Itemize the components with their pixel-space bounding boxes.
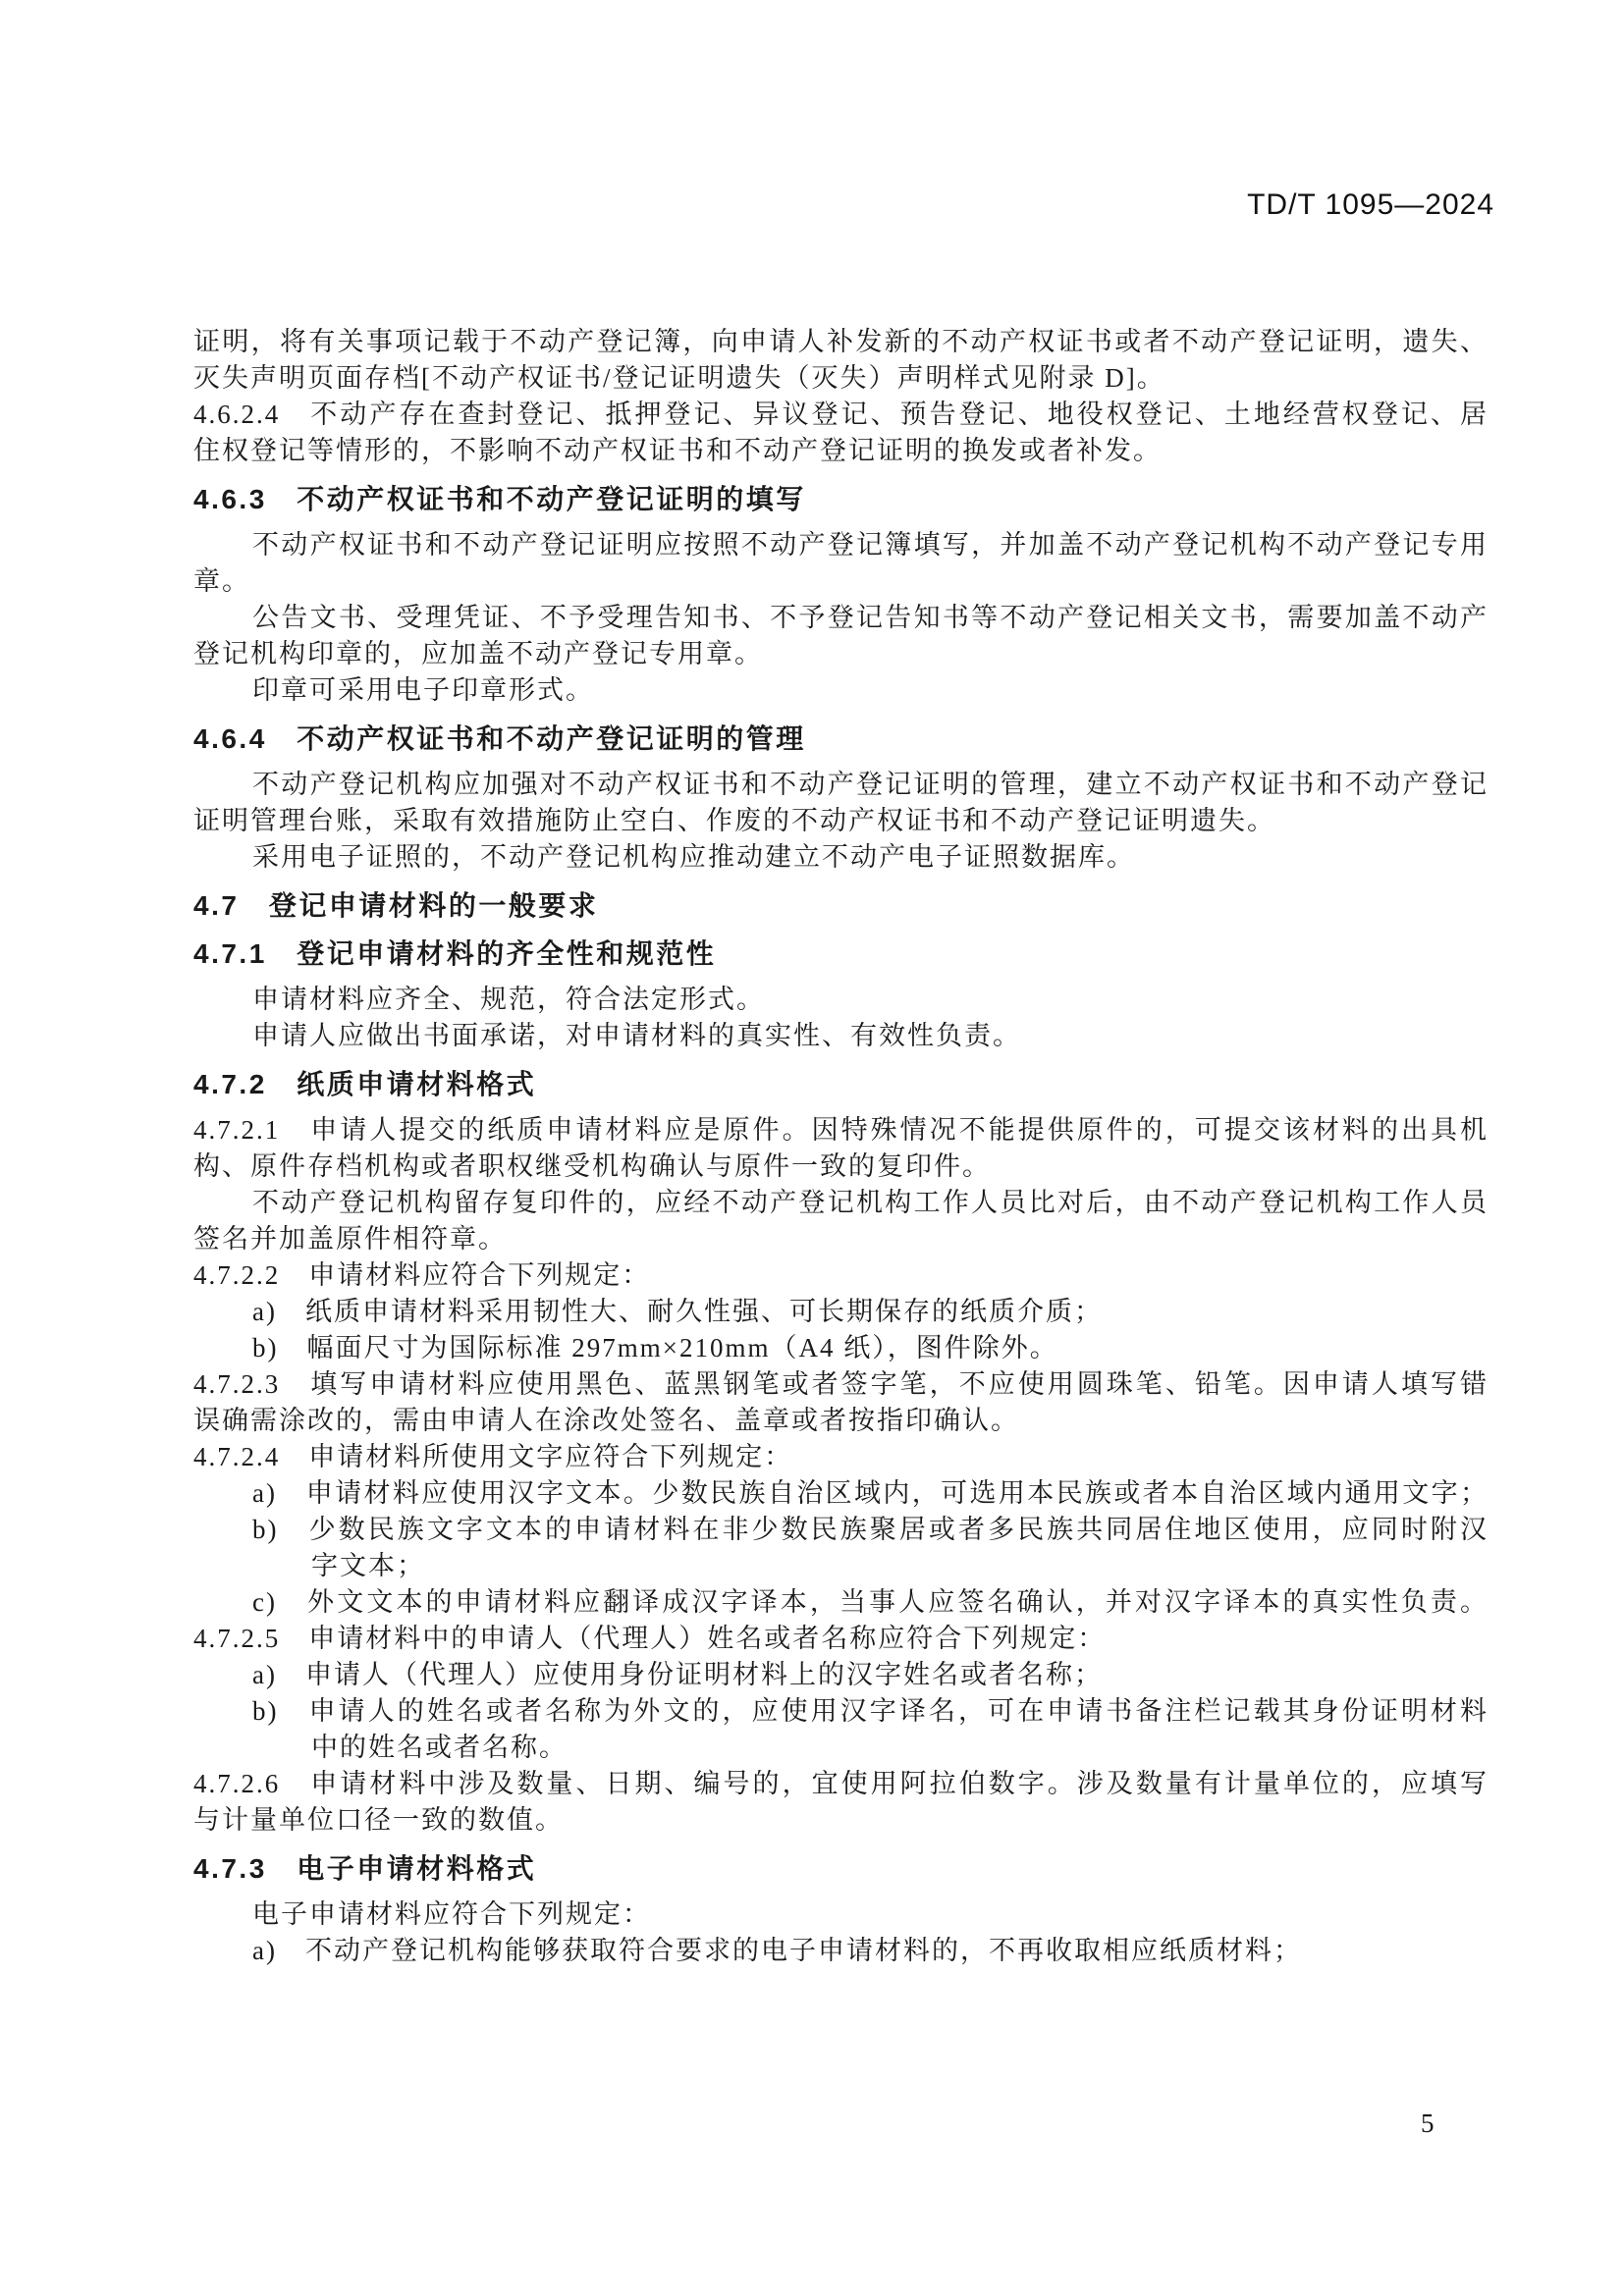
doc-line: 不动产登记机构应加强对不动产权证书和不动产登记证明的管理，建立不动产权证书和不动…	[193, 767, 1489, 803]
list-item-line: a) 申请人（代理人）应使用身份证明材料上的汉字姓名或者名称；	[193, 1657, 1489, 1693]
list-item-line: b) 申请人的姓名或者名称为外文的，应使用汉字译名，可在申请书备注栏记载其身份证…	[193, 1693, 1489, 1730]
doc-line: 公告文书、受理凭证、不予受理告知书、不予登记告知书等不动产登记相关文书，需要加盖…	[193, 600, 1489, 636]
clause-line: 4.7.2.3 填写申请材料应使用黑色、蓝黑钢笔或者签字笔，不应使用圆珠笔、铅笔…	[193, 1366, 1489, 1403]
doc-line: 章。	[193, 563, 1489, 600]
list-item-line: a) 纸质申请材料采用韧性大、耐久性强、可长期保存的纸质介质；	[193, 1294, 1489, 1330]
doc-line: 证明，将有关事项记载于不动产登记簿，向申请人补发新的不动产权证书或者不动产登记证…	[193, 324, 1489, 360]
document-body: 证明，将有关事项记载于不动产登记簿，向申请人补发新的不动产权证书或者不动产登记证…	[193, 324, 1489, 1969]
doc-line: 登记机构印章的，应加盖不动产登记专用章。	[193, 636, 1489, 672]
doc-line: 证明管理台账，采取有效措施防止空白、作废的不动产权证书和不动产登记证明遗失。	[193, 803, 1489, 839]
doc-line: 不动产登记机构留存复印件的，应经不动产登记机构工作人员比对后，由不动产登记机构工…	[193, 1185, 1489, 1221]
doc-line: 灭失声明页面存档[不动产权证书/登记证明遗失（灭失）声明样式见附录 D]。	[193, 360, 1489, 397]
list-item-line: b) 少数民族文字文本的申请材料在非少数民族聚居或者多民族共同居住地区使用，应同…	[193, 1512, 1489, 1548]
doc-line: 与计量单位口径一致的数值。	[193, 1802, 1489, 1839]
doc-line: 采用电子证照的，不动产登记机构应推动建立不动产电子证照数据库。	[193, 839, 1489, 876]
doc-line: 申请人应做出书面承诺，对申请材料的真实性、有效性负责。	[193, 1018, 1489, 1054]
section-heading: 4.6.4 不动产权证书和不动产登记证明的管理	[193, 721, 1489, 757]
doc-line: 误确需涂改的，需由申请人在涂改处签名、盖章或者按指印确认。	[193, 1403, 1489, 1439]
clause-line: 4.6.2.4 不动产存在查封登记、抵押登记、异议登记、预告登记、地役权登记、土…	[193, 397, 1489, 433]
section-heading: 4.7.1 登记申请材料的齐全性和规范性	[193, 935, 1489, 972]
doc-line: 构、原件存档机构或者职权继受机构确认与原件一致的复印件。	[193, 1148, 1489, 1185]
list-item-line: a) 不动产登记机构能够获取符合要求的电子申请材料的，不再收取相应纸质材料；	[193, 1933, 1489, 1969]
list-item-line: c) 外文文本的申请材料应翻译成汉字译本，当事人应签名确认，并对汉字译本的真实性…	[193, 1584, 1489, 1621]
doc-line: 住权登记等情形的，不影响不动产权证书和不动产登记证明的换发或者补发。	[193, 433, 1489, 469]
standard-code: TD/T 1095—2024	[1247, 188, 1494, 222]
doc-line: 电子申请材料应符合下列规定：	[193, 1896, 1489, 1933]
doc-line: 不动产权证书和不动产登记证明应按照不动产登记簿填写，并加盖不动产登记机构不动产登…	[193, 527, 1489, 563]
document-page: TD/T 1095—2024 证明，将有关事项记载于不动产登记簿，向申请人补发新…	[0, 0, 1624, 2296]
clause-line: 4.7.2.1 申请人提交的纸质申请材料应是原件。因特殊情况不能提供原件的，可提…	[193, 1112, 1489, 1148]
page-number: 5	[1421, 2109, 1435, 2139]
section-heading: 4.7.2 纸质申请材料格式	[193, 1066, 1489, 1102]
clause-line: 4.7.2.2 申请材料应符合下列规定：	[193, 1257, 1489, 1294]
list-item-line: a) 申请材料应使用汉字文本。少数民族自治区域内，可选用本民族或者本自治区域内通…	[193, 1475, 1489, 1512]
list-item-line: b) 幅面尺寸为国际标准 297mm×210mm（A4 纸），图件除外。	[193, 1330, 1489, 1366]
clause-line: 4.7.2.4 申请材料所使用文字应符合下列规定：	[193, 1439, 1489, 1475]
section-heading: 4.7 登记申请材料的一般要求	[193, 887, 1489, 924]
section-heading: 4.6.3 不动产权证书和不动产登记证明的填写	[193, 481, 1489, 517]
clause-line: 4.7.2.5 申请材料中的申请人（代理人）姓名或者名称应符合下列规定：	[193, 1621, 1489, 1657]
section-heading: 4.7.3 电子申请材料格式	[193, 1850, 1489, 1887]
doc-line: 签名并加盖原件相符章。	[193, 1221, 1489, 1257]
clause-line: 4.7.2.6 申请材料中涉及数量、日期、编号的，宜使用阿拉伯数字。涉及数量有计…	[193, 1766, 1489, 1802]
list-item-line: 字文本；	[193, 1548, 1489, 1584]
doc-line: 印章可采用电子印章形式。	[193, 672, 1489, 709]
list-item-line: 中的姓名或者名称。	[193, 1730, 1489, 1766]
doc-line: 申请材料应齐全、规范，符合法定形式。	[193, 982, 1489, 1018]
